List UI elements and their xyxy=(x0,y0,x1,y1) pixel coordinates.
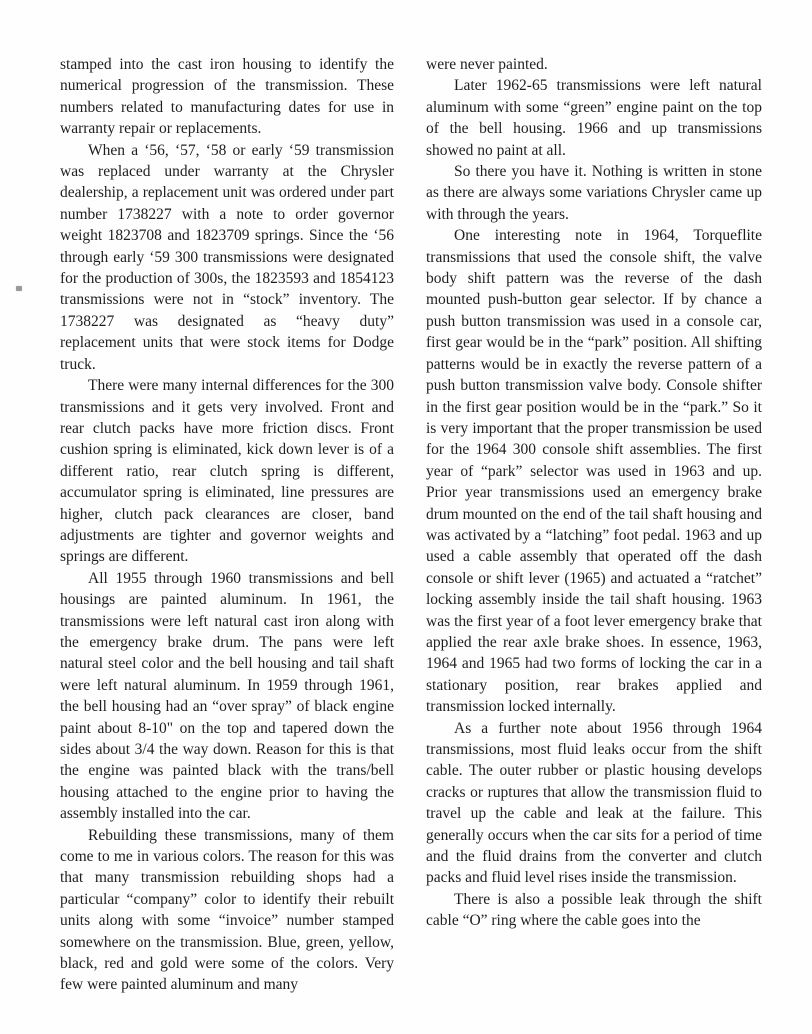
scanned-document-page: stamped into the cast iron housing to id… xyxy=(0,0,812,1034)
two-column-text-block: stamped into the cast iron housing to id… xyxy=(60,54,762,996)
paragraph: So there you have it. Nothing is written… xyxy=(426,161,762,225)
paragraph: There were many internal differences for… xyxy=(60,375,394,568)
paragraph: One interesting note in 1964, Torqueflit… xyxy=(426,225,762,717)
text-column-left: stamped into the cast iron housing to id… xyxy=(60,54,394,996)
paragraph: were never painted. xyxy=(426,54,762,75)
paragraph: Rebuilding these transmissions, many of … xyxy=(60,825,394,996)
paragraph: stamped into the cast iron housing to id… xyxy=(60,54,394,140)
paragraph: When a ‘56, ‘57, ‘58 or early ‘59 transm… xyxy=(60,140,394,375)
scan-speck-artifact xyxy=(16,286,22,291)
paragraph: All 1955 through 1960 transmissions and … xyxy=(60,568,394,825)
paragraph: As a further note about 1956 through 196… xyxy=(426,718,762,889)
text-column-right: were never painted. Later 1962-65 transm… xyxy=(426,54,762,996)
paragraph: There is also a possible leak through th… xyxy=(426,889,762,932)
paragraph: Later 1962-65 transmissions were left na… xyxy=(426,75,762,161)
